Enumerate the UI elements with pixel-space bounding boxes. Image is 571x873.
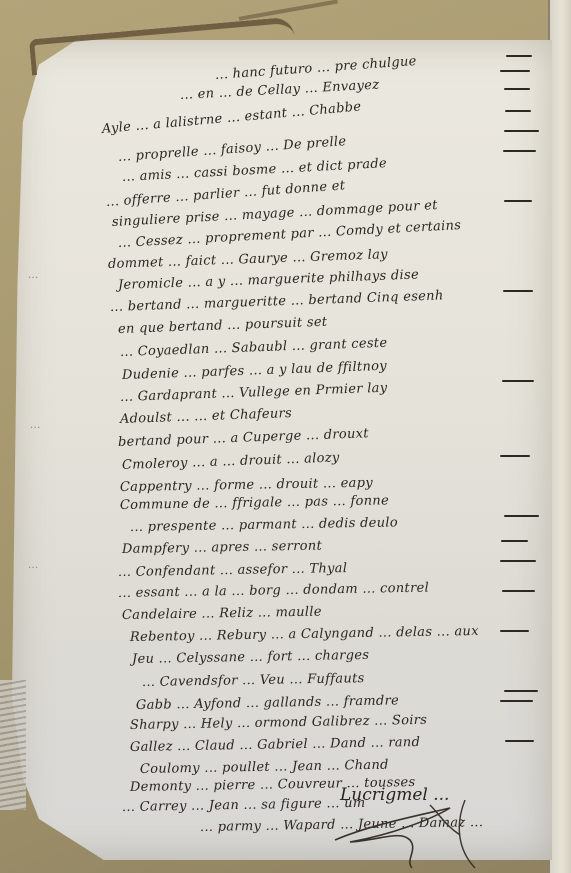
manuscript-line: ... prespente ... parmant ... dedis deul…	[130, 515, 398, 535]
line-fill-stroke	[501, 540, 528, 542]
line-fill-stroke	[504, 690, 538, 692]
manuscript-line: ... Confendant ... assefor ... Thyal	[118, 561, 348, 580]
manuscript-line: Jeu ... Celyssane ... fort ... charges	[132, 648, 370, 667]
manuscript-line: Commune de ... ffrigale ... pas ... fonn…	[120, 493, 389, 513]
line-fill-stroke	[504, 200, 532, 202]
manuscript-line: ... essant ... a la ... borg ... dondam …	[118, 581, 429, 601]
line-fill-stroke	[504, 130, 539, 132]
handwritten-text-block: ... hanc futuro ... pre chulgue... en ..…	[0, 0, 571, 873]
manuscript-line: Candelaire ... Reliz ... maulle	[122, 605, 322, 623]
manuscript-line: ... Coyaedlan ... Sabaubl ... grant cest…	[120, 336, 388, 360]
manuscript-line: Adoulst ... ... et Chafeurs	[120, 406, 293, 427]
margin-note: ...	[28, 560, 38, 571]
line-fill-stroke	[504, 515, 539, 517]
manuscript-line: Cappentry ... forme ... drouit ... eapy	[120, 476, 373, 495]
line-fill-stroke	[504, 88, 530, 90]
manuscript-line: Rebentoy ... Rebury ... a Calyngand ... …	[130, 624, 479, 645]
manuscript-line: ... hanc futuro ... pre chulgue	[214, 54, 417, 83]
margin-note: ...	[28, 270, 38, 281]
manuscript-line: Sharpy ... Hely ... ormond Galibrez ... …	[130, 713, 427, 733]
signature-flourish-icon	[330, 800, 490, 870]
manuscript-line: Dampfery ... apres ... serront	[122, 539, 322, 557]
line-fill-stroke	[503, 290, 533, 292]
manuscript-line: ... Cavendsfor ... Veu ... Fuffauts	[142, 671, 365, 690]
manuscript-line: Gabb ... Ayfond ... gallands ... framdre	[136, 693, 399, 713]
line-fill-stroke	[502, 380, 534, 382]
line-fill-stroke	[500, 560, 536, 562]
manuscript-line: Cmoleroy ... a ... drouit ... alozy	[122, 450, 340, 473]
manuscript-line: Gallez ... Claud ... Gabriel ... Dand ..…	[130, 735, 420, 755]
line-fill-stroke	[500, 630, 529, 632]
manuscript-line: Coulomy ... poullet ... Jean ... Chand	[140, 758, 389, 777]
manuscript-line: dommet ... faict ... Gaurye ... Gremoz l…	[108, 247, 388, 272]
manuscript-line: Jeromicle ... a y ... marguerite philhay…	[118, 267, 419, 293]
line-fill-stroke	[500, 700, 533, 702]
line-fill-stroke	[500, 455, 530, 457]
line-fill-stroke	[503, 150, 536, 152]
line-fill-stroke	[500, 70, 530, 72]
manuscript-line: Ayle ... a lalistrne ... estant ... Chab…	[101, 99, 362, 137]
manuscript-line: ... en ... de Cellay ... Envayez	[180, 78, 380, 103]
line-fill-stroke	[502, 590, 535, 592]
line-fill-stroke	[505, 110, 531, 112]
manuscript-line: bertand pour ... a Cuperge ... drouxt	[118, 426, 369, 450]
line-fill-stroke	[505, 740, 534, 742]
line-fill-stroke	[506, 55, 532, 57]
margin-note: ...	[30, 420, 40, 431]
manuscript-line: Dudenie ... parfes ... a y lau de ffiltn…	[122, 359, 387, 383]
manuscript-line: ... bertand ... margueritte ... bertand …	[110, 288, 444, 315]
manuscript-line: en que bertand ... poursuit set	[118, 315, 328, 337]
manuscript-line: ... Gardaprant ... Vullege en Prmier lay	[120, 381, 388, 405]
